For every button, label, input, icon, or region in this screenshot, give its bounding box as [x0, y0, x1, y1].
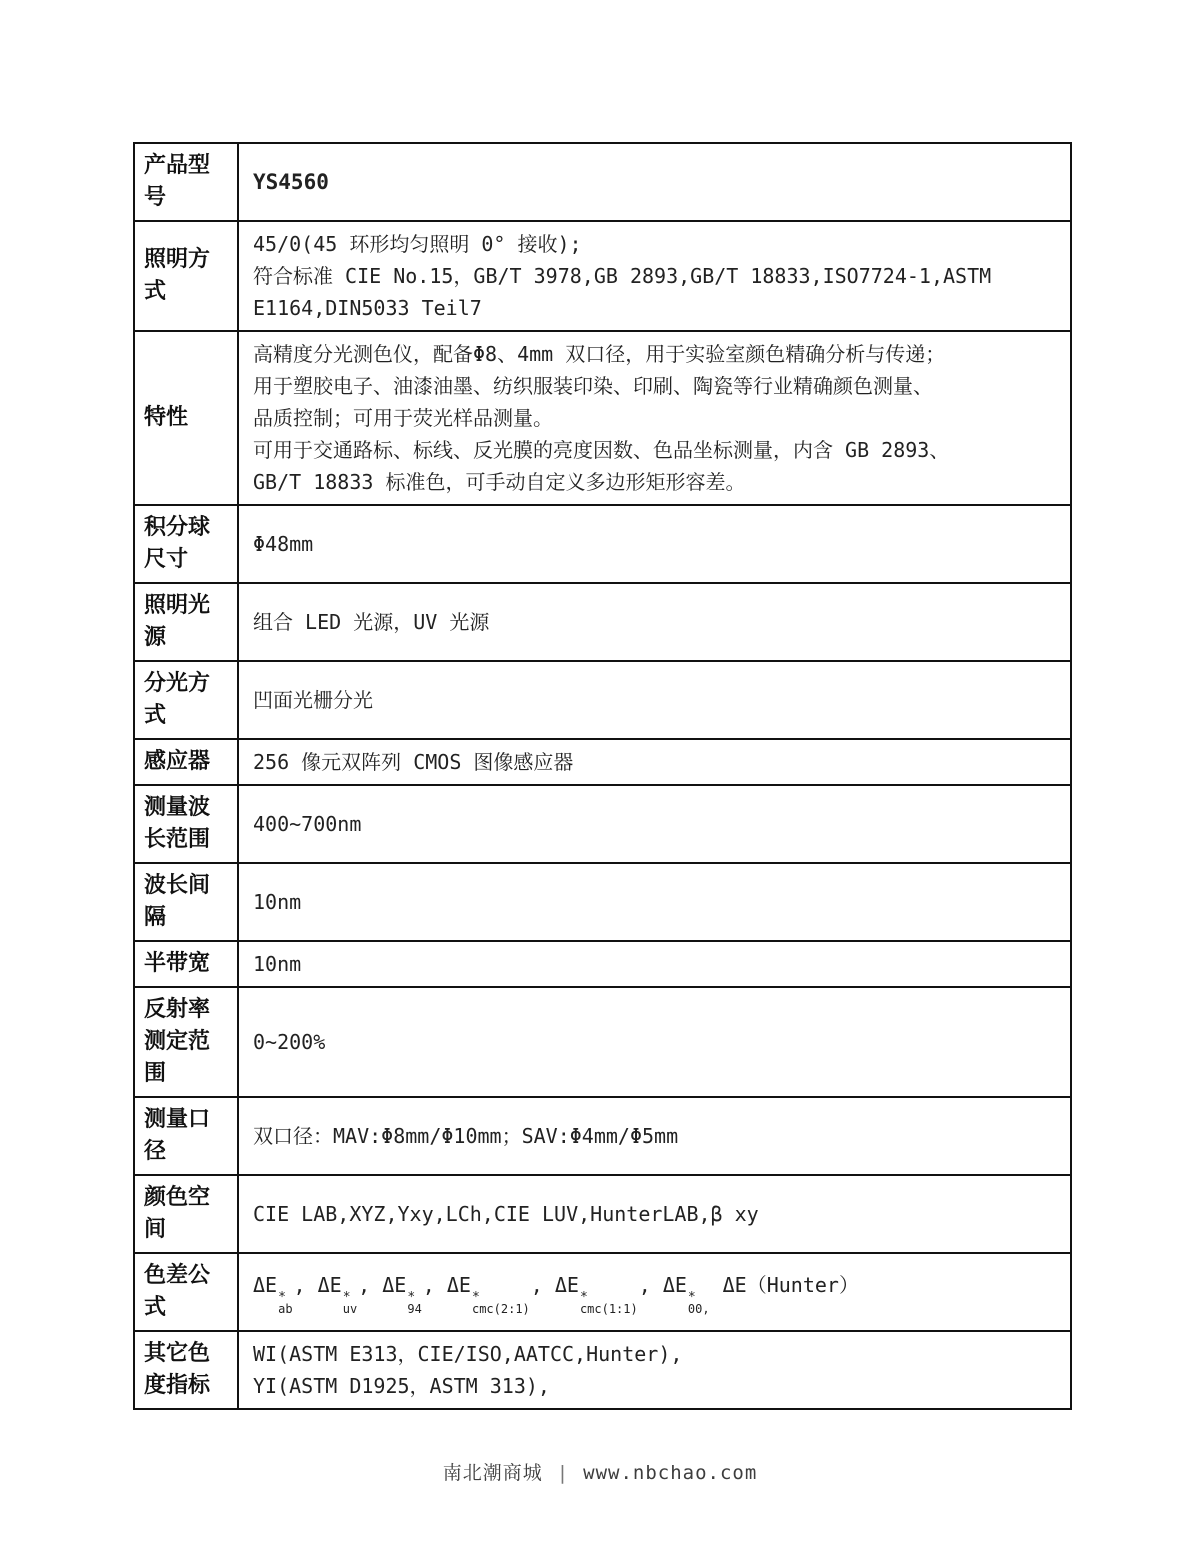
spec-label: 波长间 隔 [134, 863, 238, 941]
spec-label: 其它色 度指标 [134, 1331, 238, 1409]
spec-value: 0~200% [238, 987, 1071, 1097]
spec-value: 组合 LED 光源，UV 光源 [238, 583, 1071, 661]
product-spec-table: 产品型 号 YS4560 照明方 式 45/0(45 环形均匀照明 0° 接收)… [133, 142, 1072, 1410]
sup-sub-term: *uv [343, 1292, 357, 1315]
table-row: 其它色 度指标 WI(ASTM E313，CIE/ISO,AATCC,Hunte… [134, 1331, 1071, 1409]
table-row: 特性 高精度分光测色仪，配备Φ8、4mm 双口径，用于实验室颜色精确分析与传递；… [134, 331, 1071, 505]
spec-value: CIE LAB,XYZ,Yxy,LCh,CIE LUV,HunterLAB,β … [238, 1175, 1071, 1253]
spec-label: 测量波 长范围 [134, 785, 238, 863]
spec-label: 积分球 尺寸 [134, 505, 238, 583]
spec-label: 感应器 [134, 739, 238, 785]
spec-value: 256 像元双阵列 CMOS 图像感应器 [238, 739, 1071, 785]
table-row: 颜色空 间 CIE LAB,XYZ,Yxy,LCh,CIE LUV,Hunter… [134, 1175, 1071, 1253]
sup-sub-term: *00, [688, 1292, 710, 1315]
footer-url: www.nbchao.com [583, 1462, 757, 1484]
spec-value: ΔE*ab, ΔE*uv, ΔE*94, ΔE*cmc(2:1), ΔE*cmc… [238, 1253, 1071, 1331]
spec-label: 颜色空 间 [134, 1175, 238, 1253]
spec-label: 测量口 径 [134, 1097, 238, 1175]
spec-label: 照明方 式 [134, 221, 238, 331]
table-row: 照明方 式 45/0(45 环形均匀照明 0° 接收); 符合标准 CIE No… [134, 221, 1071, 331]
table-row: 分光方 式 凹面光栅分光 [134, 661, 1071, 739]
spec-value: 400~700nm [238, 785, 1071, 863]
spec-value: 45/0(45 环形均匀照明 0° 接收); 符合标准 CIE No.15，GB… [238, 221, 1071, 331]
spec-label: 反射率 测定范 围 [134, 987, 238, 1097]
spec-value: WI(ASTM E313，CIE/ISO,AATCC,Hunter), YI(A… [238, 1331, 1071, 1409]
sup-sub-term: *cmc(2:1) [472, 1292, 530, 1315]
spec-value: 双口径：MAV:Φ8mm/Φ10mm；SAV:Φ4mm/Φ5mm [238, 1097, 1071, 1175]
spec-value: YS4560 [238, 143, 1071, 221]
table-row: 照明光 源 组合 LED 光源，UV 光源 [134, 583, 1071, 661]
table-row: 半带宽 10nm [134, 941, 1071, 987]
spec-label: 特性 [134, 331, 238, 505]
table-row: 产品型 号 YS4560 [134, 143, 1071, 221]
footer-separator: | [557, 1462, 569, 1484]
spec-value: 凹面光栅分光 [238, 661, 1071, 739]
spec-value: 10nm [238, 863, 1071, 941]
table-row: 测量波 长范围 400~700nm [134, 785, 1071, 863]
spec-sheet-page: 产品型 号 YS4560 照明方 式 45/0(45 环形均匀照明 0° 接收)… [0, 0, 1200, 1552]
sup-sub-term: *cmc(1:1) [580, 1292, 638, 1315]
table-row: 色差公 式 ΔE*ab, ΔE*uv, ΔE*94, ΔE*cmc(2:1), … [134, 1253, 1071, 1331]
sup-sub-term: *ab [278, 1292, 292, 1315]
spec-table-body: 产品型 号 YS4560 照明方 式 45/0(45 环形均匀照明 0° 接收)… [134, 143, 1071, 1409]
spec-label: 半带宽 [134, 941, 238, 987]
spec-label: 照明光 源 [134, 583, 238, 661]
footer-brand: 南北潮商城 [443, 1462, 543, 1484]
spec-value: 10nm [238, 941, 1071, 987]
table-row: 积分球 尺寸 Φ48mm [134, 505, 1071, 583]
spec-value: Φ48mm [238, 505, 1071, 583]
spec-label: 分光方 式 [134, 661, 238, 739]
table-row: 反射率 测定范 围 0~200% [134, 987, 1071, 1097]
table-row: 测量口 径 双口径：MAV:Φ8mm/Φ10mm；SAV:Φ4mm/Φ5mm [134, 1097, 1071, 1175]
table-row: 感应器 256 像元双阵列 CMOS 图像感应器 [134, 739, 1071, 785]
spec-label: 产品型 号 [134, 143, 238, 221]
spec-label: 色差公 式 [134, 1253, 238, 1331]
table-row: 波长间 隔 10nm [134, 863, 1071, 941]
page-footer: 南北潮商城|www.nbchao.com [0, 1458, 1200, 1485]
spec-value: 高精度分光测色仪，配备Φ8、4mm 双口径，用于实验室颜色精确分析与传递； 用于… [238, 331, 1071, 505]
sup-sub-term: *94 [407, 1292, 421, 1315]
